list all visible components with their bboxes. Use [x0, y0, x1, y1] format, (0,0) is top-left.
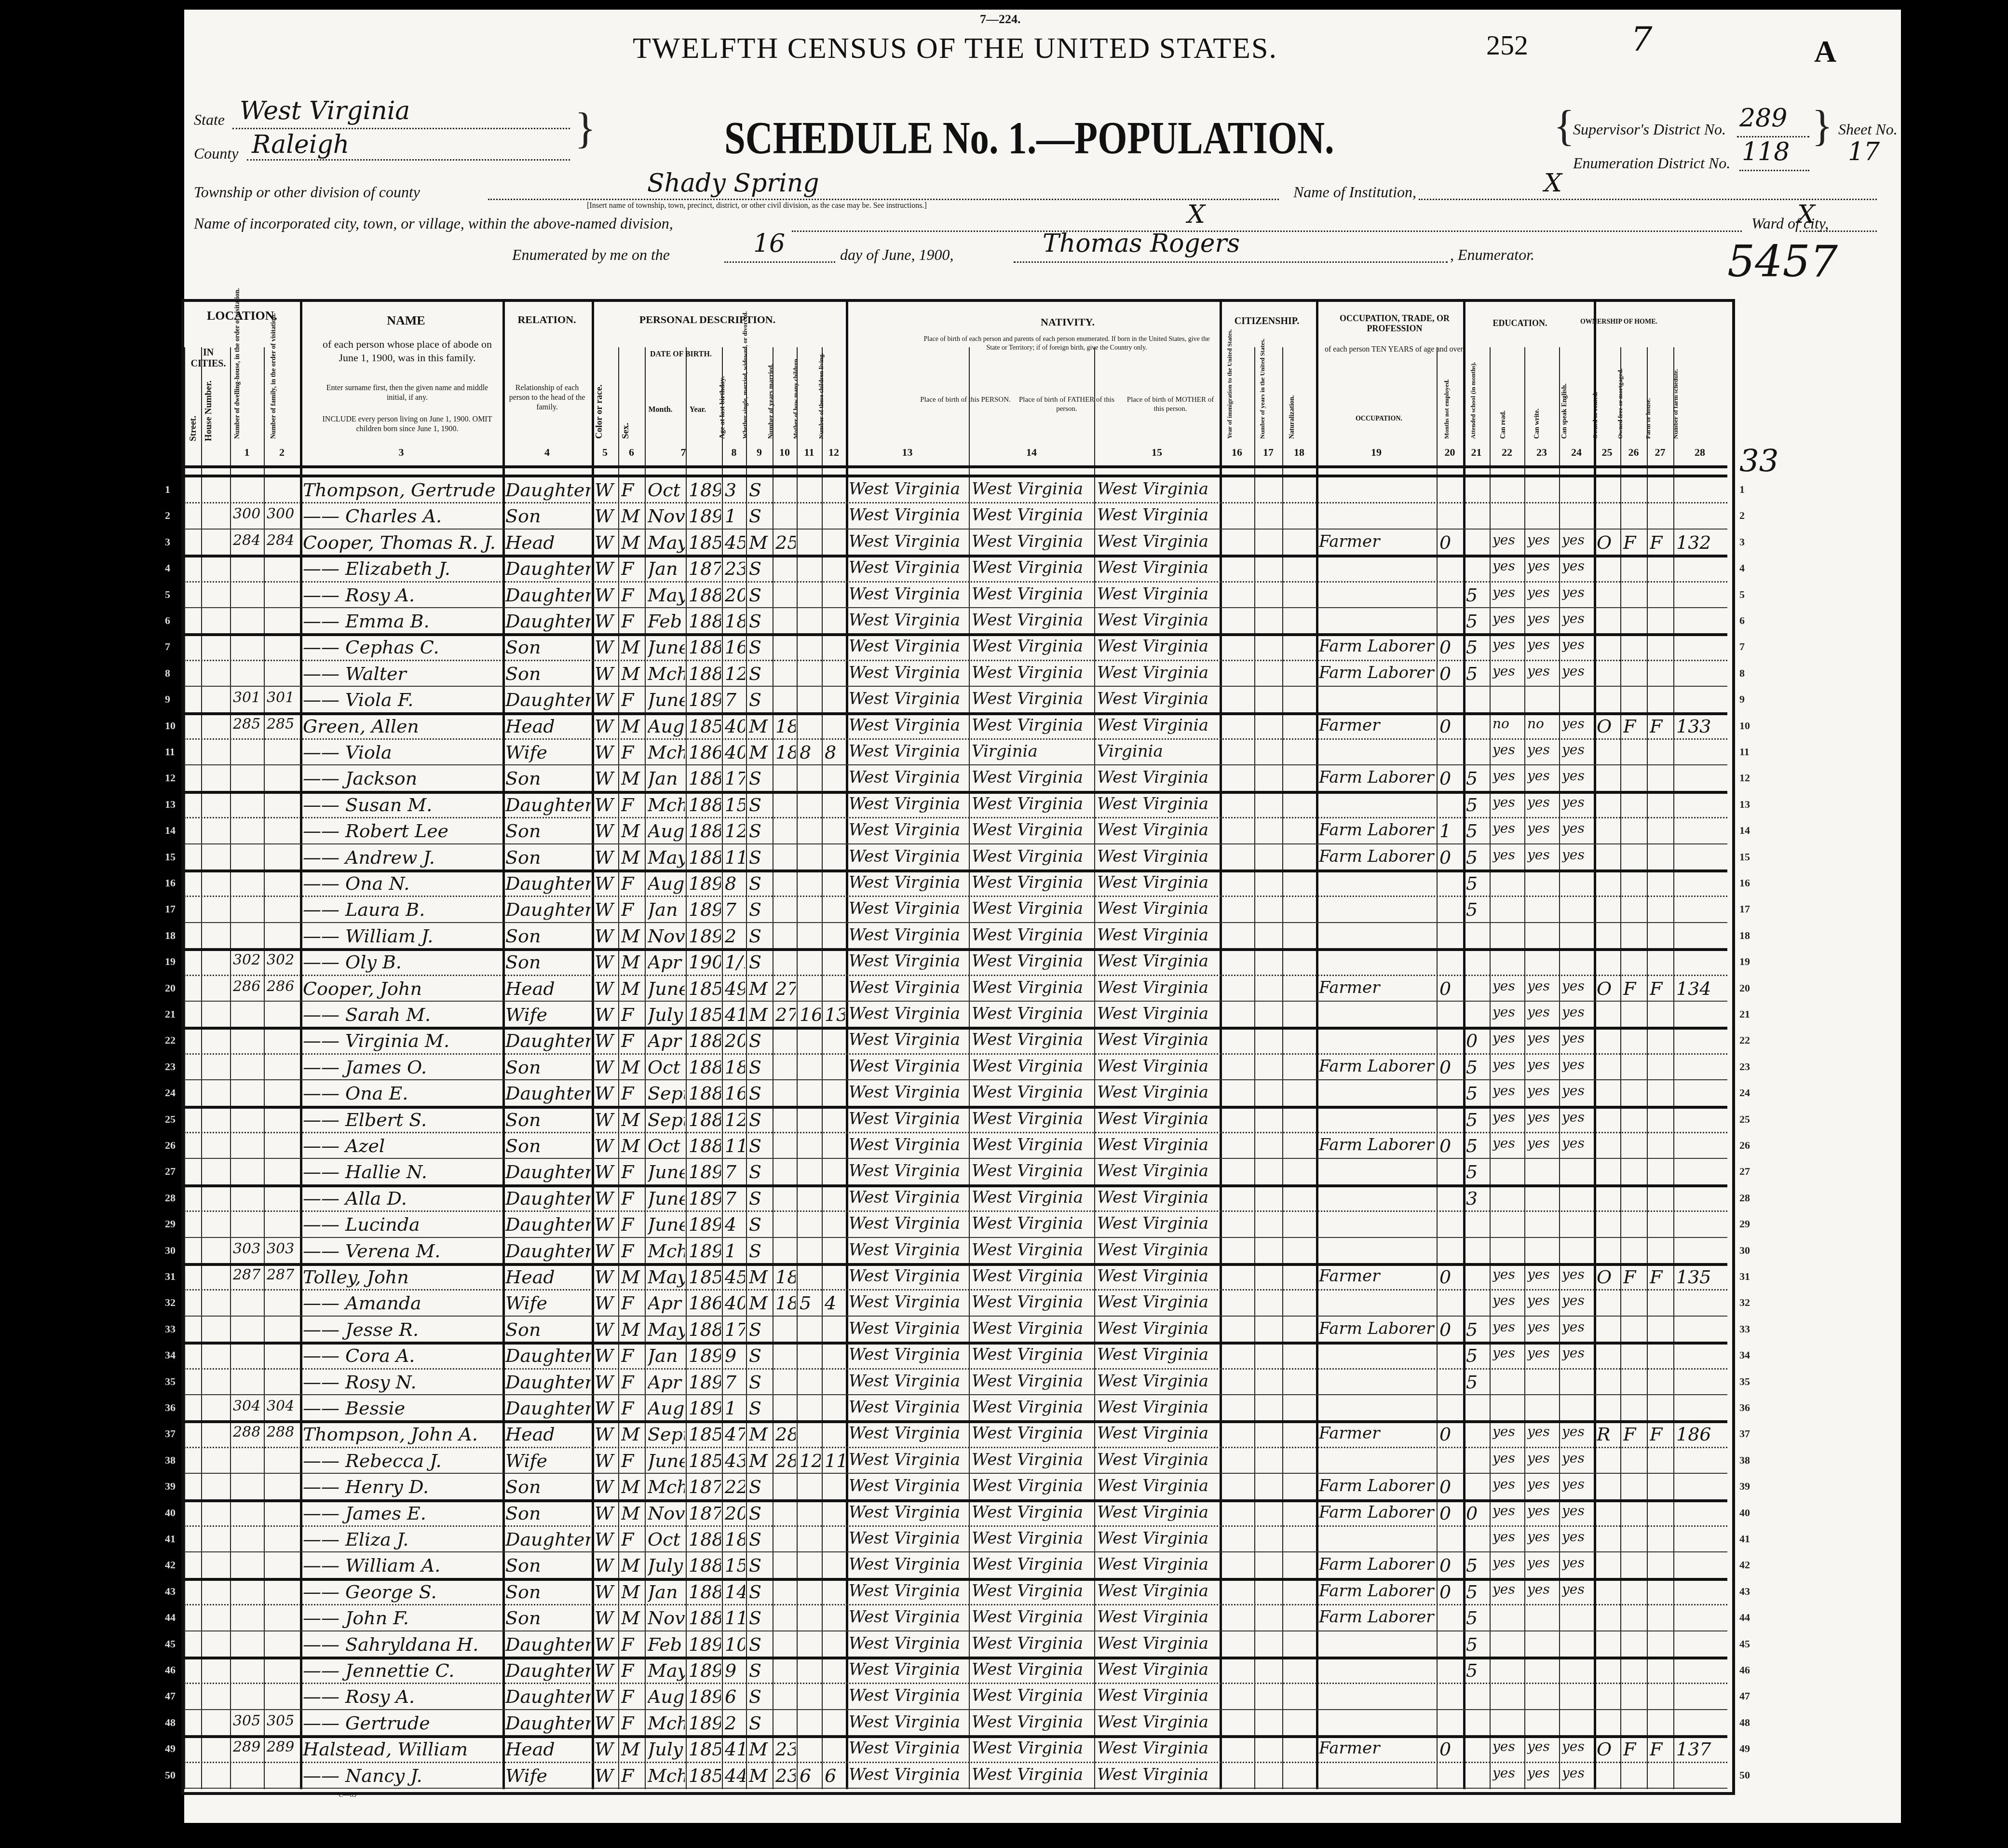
cell-schedule: 132	[1676, 532, 1725, 553]
cell-year: 1893	[689, 689, 721, 710]
cell-write: yes	[1527, 663, 1558, 679]
cell-mother: West Virginia	[1097, 1660, 1219, 1679]
cell-unemployed: 0	[1439, 847, 1462, 868]
cell-year: 1891	[689, 873, 721, 894]
cell-relation: Wife	[505, 742, 591, 763]
cell-year: 1893	[689, 899, 721, 920]
cell-color: W	[595, 794, 617, 815]
cell-mother: West Virginia	[1097, 1581, 1219, 1601]
cell-color: W	[595, 847, 617, 868]
cell-age: 7	[725, 1161, 745, 1182]
cell-schedule: 137	[1676, 1739, 1725, 1760]
cell-english: yes	[1562, 1765, 1593, 1781]
cell-sex: M	[621, 663, 644, 684]
cell-month: Jan	[648, 558, 685, 579]
cell-occupation: Farm Laborer	[1319, 1057, 1436, 1076]
line-number-left: 19	[165, 955, 176, 968]
cell-mother: West Virginia	[1097, 1214, 1219, 1233]
cell-year: 1893	[689, 1161, 721, 1182]
column-number: 15	[1094, 446, 1220, 459]
cell-mother: West Virginia	[1097, 1345, 1219, 1364]
cell-age: 18	[725, 611, 745, 632]
cell-father: West Virginia	[972, 1529, 1093, 1548]
line-number-left: 46	[165, 1664, 176, 1676]
cell-birth: West Virginia	[849, 1372, 968, 1391]
cell-year: 1852	[689, 1424, 721, 1445]
line-number: 40	[1739, 1507, 1750, 1519]
table-row: —— AmandaWifeWFApr186040M1854West Virgin…	[184, 1291, 1727, 1317]
cell-birth: West Virginia	[849, 1765, 968, 1784]
institution-label: Name of Institution,	[1293, 183, 1416, 201]
cell-free: F	[1623, 532, 1646, 553]
cell-write: no	[1527, 716, 1558, 732]
cell-occupation: Farmer	[1319, 532, 1436, 551]
cell-birth: West Virginia	[849, 1319, 968, 1338]
cell-mother: West Virginia	[1097, 1686, 1219, 1705]
cell-school: 5	[1466, 1345, 1489, 1366]
cell-relation: Daughter	[505, 1660, 591, 1681]
cell-school: 5	[1466, 1135, 1489, 1156]
cell-unemployed: 0	[1439, 663, 1462, 684]
cell-father: West Virginia	[972, 978, 1093, 997]
cell-color: W	[595, 1004, 617, 1025]
cell-write: yes	[1527, 768, 1558, 784]
cell-relation: Daughter	[505, 479, 591, 501]
cell-age: 45	[725, 532, 745, 553]
line-number: 28	[1739, 1192, 1750, 1204]
cell-read: yes	[1492, 584, 1523, 600]
cell-occupation: Farm Laborer	[1319, 663, 1436, 682]
column-number: 20	[1437, 446, 1463, 459]
cell-relation: Head	[505, 716, 591, 737]
cell-mother: West Virginia	[1097, 951, 1219, 971]
cell-unemployed: 0	[1439, 716, 1462, 737]
cell-marital: S	[749, 479, 772, 501]
cell-father: West Virginia	[972, 1240, 1093, 1260]
cell-marital: M	[749, 532, 772, 553]
cell-color: W	[595, 1319, 617, 1340]
cell-yrs-married: 23	[775, 1739, 796, 1760]
cell-age: 12	[725, 663, 745, 684]
cell-read: yes	[1492, 1109, 1523, 1125]
cell-sex: F	[621, 1660, 644, 1681]
cell-sex: M	[621, 637, 644, 658]
cell-father: West Virginia	[972, 1266, 1093, 1286]
cell-year: 1893	[689, 1686, 721, 1707]
line-number-left: 36	[165, 1401, 176, 1414]
cell-school: 3	[1466, 1188, 1489, 1209]
cell-father: West Virginia	[972, 1292, 1093, 1312]
institution-value: X	[1544, 169, 1562, 198]
line-number: 37	[1739, 1427, 1750, 1440]
cell-marital: S	[749, 820, 772, 842]
line-number-left: 34	[165, 1349, 176, 1361]
cell-age: 49	[725, 978, 745, 999]
column-number: 3	[300, 446, 502, 459]
line-number-left: 2	[165, 509, 170, 522]
ward-label: Ward of city,	[1751, 215, 1829, 232]
cell-school: 5	[1466, 847, 1489, 868]
cell-birth: West Virginia	[849, 716, 968, 735]
line-number-left: 44	[165, 1611, 176, 1624]
line-number: 24	[1739, 1087, 1750, 1099]
cell-month: Sept	[648, 1424, 685, 1445]
cell-relation: Son	[505, 663, 591, 684]
cell-read: yes	[1492, 1057, 1523, 1073]
cell-sex: M	[621, 978, 644, 999]
cell-father: West Virginia	[972, 637, 1093, 656]
cell-year: 1896	[689, 479, 721, 501]
cell-birth: West Virginia	[849, 558, 968, 577]
cell-write: yes	[1527, 1345, 1558, 1361]
cell-read: yes	[1492, 558, 1523, 574]
cell-unemployed: 0	[1439, 637, 1462, 658]
cell-relation: Son	[505, 1555, 591, 1576]
line-number-left: 31	[165, 1270, 176, 1283]
cell-mother: West Virginia	[1097, 584, 1219, 604]
cell-color: W	[595, 1345, 617, 1366]
cell-year: 1878	[689, 1476, 721, 1497]
cell-age: 16	[725, 637, 745, 658]
table-row: 304304—— BessieDaughterWFAug18981SWest V…	[184, 1396, 1727, 1422]
cell-color: W	[595, 1634, 617, 1655]
cell-mother: West Virginia	[1097, 611, 1219, 630]
table-row: 289289Halstead, WilliamHeadWMJuly185841M…	[184, 1737, 1727, 1763]
table-row: —— Rebecca J.WifeWFJune185643M281211West…	[184, 1448, 1727, 1474]
cell-age: 8	[725, 873, 745, 894]
cell-name: —— Oly B.	[303, 951, 502, 973]
line-number-left: 27	[165, 1165, 176, 1178]
cell-read: yes	[1492, 1004, 1523, 1020]
cell-relation: Daughter	[505, 1712, 591, 1734]
line-number: 19	[1739, 955, 1750, 968]
cell-father: West Virginia	[972, 820, 1093, 840]
line-number-left: 37	[165, 1427, 176, 1440]
cell-relation: Son	[505, 1319, 591, 1340]
cell-write: yes	[1527, 584, 1558, 600]
cell-write: yes	[1527, 1503, 1558, 1519]
cell-relation: Son	[505, 847, 591, 868]
cell-mother: West Virginia	[1097, 1765, 1219, 1784]
cell-sex: F	[621, 584, 644, 606]
cell-age: 20	[725, 1503, 745, 1524]
cell-age: 43	[725, 1450, 745, 1471]
cell-marital: M	[749, 1765, 772, 1786]
hdr-relation: RELATION.	[503, 313, 590, 326]
line-number: 3	[1739, 536, 1745, 548]
hdr-nativity: NATIVITY.	[913, 316, 1222, 328]
cell-marital: S	[749, 1660, 772, 1681]
cell-father: West Virginia	[972, 1214, 1093, 1233]
cell-write: yes	[1527, 1030, 1558, 1046]
table-row: —— Cephas C.SonWMJune188416SWest Virgini…	[184, 635, 1727, 661]
table-row: —— Alla D.DaughterWFJune18937SWest Virgi…	[184, 1186, 1727, 1212]
cell-write: yes	[1527, 742, 1558, 758]
hdr-name: NAME	[310, 313, 502, 328]
table-row: —— Emma B.DaughterWFFeb188218SWest Virgi…	[184, 609, 1727, 635]
cell-relation: Son	[505, 925, 591, 947]
hdr-relation-desc: Relationship of each person to the head …	[505, 383, 589, 412]
cell-color: W	[595, 637, 617, 658]
cell-birth: West Virginia	[849, 847, 968, 866]
line-number: 17	[1739, 903, 1750, 915]
cell-father: West Virginia	[972, 925, 1093, 945]
cell-dwelling: 284	[233, 532, 263, 549]
hdr-years-married: Number of years married.	[768, 342, 775, 439]
table-row: 288288Thompson, John A.HeadWMSept185247M…	[184, 1422, 1727, 1448]
cell-year: 1887	[689, 1109, 721, 1130]
cell-color: W	[595, 1266, 617, 1288]
column-number: 28	[1673, 446, 1726, 459]
cell-relation: Daughter	[505, 1083, 591, 1104]
cell-write: yes	[1527, 532, 1558, 548]
cell-unemployed: 1	[1439, 820, 1462, 842]
table-row: 286286Cooper, JohnHeadWMJune185149M27Wes…	[184, 976, 1727, 1002]
line-number-left: 50	[165, 1769, 176, 1781]
cell-name: —— Alla D.	[303, 1188, 502, 1209]
cell-english: yes	[1562, 794, 1593, 810]
cell-name: —— Lucinda	[303, 1214, 502, 1235]
cell-mother: West Virginia	[1097, 1030, 1219, 1049]
cell-mother: West Virginia	[1097, 1083, 1219, 1102]
cell-age: 11	[725, 1135, 745, 1156]
column-number: 2	[264, 446, 300, 459]
cell-english: yes	[1562, 1450, 1593, 1466]
cell-family: 289	[267, 1739, 299, 1755]
cell-dwelling: 300	[233, 505, 263, 522]
cell-month: Mch	[648, 742, 685, 763]
cell-marital: S	[749, 1161, 772, 1182]
cell-school: 5	[1466, 794, 1489, 815]
cell-color: W	[595, 1450, 617, 1471]
cell-read: yes	[1492, 532, 1523, 548]
cell-year: 1886	[689, 1581, 721, 1603]
cell-birth: West Virginia	[849, 1660, 968, 1679]
line-number: 43	[1739, 1585, 1750, 1598]
cell-farm: F	[1650, 1739, 1672, 1760]
cell-read: yes	[1492, 1345, 1523, 1361]
cell-color: W	[595, 663, 617, 684]
cell-year: 1891	[689, 1345, 721, 1366]
cell-color: W	[595, 1214, 617, 1235]
cell-father: West Virginia	[972, 1634, 1093, 1653]
cell-school: 5	[1466, 611, 1489, 632]
print-mark: C—69	[339, 1792, 356, 1799]
cell-marital: S	[749, 1555, 772, 1576]
cell-marital: M	[749, 978, 772, 999]
cell-birth: West Virginia	[849, 689, 968, 708]
line-number: 33	[1739, 1323, 1750, 1335]
line-number-left: 24	[165, 1087, 176, 1099]
cell-month: Nov	[648, 925, 685, 947]
cell-sex: F	[621, 1712, 644, 1734]
cell-father: West Virginia	[972, 1057, 1093, 1076]
cell-sex: M	[621, 1424, 644, 1445]
cell-marital: S	[749, 1214, 772, 1235]
cell-color: W	[595, 1476, 617, 1497]
cell-english: yes	[1562, 1057, 1593, 1073]
cell-sex: F	[621, 1030, 644, 1051]
line-number-left: 30	[165, 1244, 176, 1257]
cell-year: 1891	[689, 1660, 721, 1681]
cell-month: Feb	[648, 1634, 685, 1655]
cell-age: 40	[725, 1292, 745, 1314]
cell-school: 5	[1466, 768, 1489, 789]
cell-yrs-married: 27	[775, 978, 796, 999]
cell-relation: Daughter	[505, 873, 591, 894]
cell-father: West Virginia	[972, 1476, 1093, 1495]
cell-relation: Son	[505, 1581, 591, 1603]
cell-marital: S	[749, 899, 772, 920]
cell-color: W	[595, 1292, 617, 1314]
cell-birth: West Virginia	[849, 532, 968, 551]
cell-relation: Son	[505, 1607, 591, 1629]
cell-year: 1888	[689, 1607, 721, 1629]
hdr-years-us: Number of years in the United States.	[1259, 347, 1266, 439]
cell-read: yes	[1492, 1319, 1523, 1335]
line-number-left: 3	[165, 536, 170, 548]
cell-sex: F	[621, 1292, 644, 1314]
column-number: 11	[797, 446, 822, 459]
cell-relation: Head	[505, 1266, 591, 1288]
cell-farm: F	[1650, 532, 1672, 553]
cell-yrs-married: 27	[775, 1004, 796, 1025]
cell-birth: West Virginia	[849, 951, 968, 971]
cell-age: 41	[725, 1004, 745, 1025]
line-number: 30	[1739, 1244, 1750, 1257]
cell-age: 22	[725, 1476, 745, 1497]
cell-mother: West Virginia	[1097, 689, 1219, 708]
cell-unemployed: 0	[1439, 1503, 1462, 1524]
census-title: TWELFTH CENSUS OF THE UNITED STATES.	[633, 31, 1277, 66]
cell-age: 12	[725, 820, 745, 842]
table-row: —— Hallie N.DaughterWFJune18937SWest Vir…	[184, 1159, 1727, 1185]
cell-family: 305	[267, 1712, 299, 1729]
schedule-title: SCHEDULE No. 1.—POPULATION.	[724, 111, 1334, 164]
cell-color: W	[595, 768, 617, 789]
cell-age: 18	[725, 1529, 745, 1550]
line-number: 39	[1739, 1480, 1750, 1493]
cell-name: —— Jackson	[303, 768, 502, 789]
township-value: Shady Spring	[647, 169, 819, 198]
township-label: Township or other division of county	[194, 183, 420, 201]
supervisor-value: 289	[1739, 104, 1787, 133]
cell-occupation: Farmer	[1319, 978, 1436, 997]
cell-english: yes	[1562, 1503, 1593, 1519]
cell-name: —— Henry D.	[303, 1476, 502, 1497]
cell-father: West Virginia	[972, 1739, 1093, 1758]
column-number: 16	[1220, 446, 1254, 459]
cell-marital: S	[749, 1083, 772, 1104]
cell-year: 1899	[689, 1240, 721, 1262]
cell-read: yes	[1492, 611, 1523, 626]
hdr-months-unemployed: Months not employed.	[1443, 376, 1451, 439]
table-row: —— Ona N.DaughterWFAug18918SWest Virgini…	[184, 871, 1727, 897]
cell-family: 287	[267, 1266, 299, 1283]
cell-year: 1898	[689, 505, 721, 527]
cell-year: 1881	[689, 1529, 721, 1550]
cell-age: 9	[725, 1345, 745, 1366]
cell-family: 288	[267, 1424, 299, 1440]
cell-father: West Virginia	[972, 1083, 1093, 1102]
column-number: 8	[722, 446, 746, 459]
cell-write: yes	[1527, 1292, 1558, 1308]
cell-marital: S	[749, 1109, 772, 1130]
cell-age: 3	[725, 479, 745, 501]
cell-age: 7	[725, 689, 745, 710]
cell-age: 17	[725, 768, 745, 789]
cell-year: 1893	[689, 1372, 721, 1393]
cell-read: yes	[1492, 663, 1523, 679]
cell-name: —— Virginia M.	[303, 1030, 502, 1051]
hdr-dob: DATE OF BIRTH.	[647, 350, 715, 359]
cell-color: W	[595, 716, 617, 737]
table-row: —— Nancy J.WifeWFMch185644M2366West Virg…	[184, 1763, 1727, 1789]
cell-family: 303	[267, 1240, 299, 1257]
hdr-month: Month.	[640, 405, 681, 415]
hdr-birth-father: Place of birth of FATHER of this person.	[1018, 395, 1115, 414]
cell-age: 2	[725, 925, 745, 947]
line-number: 16	[1739, 877, 1750, 889]
cell-write: yes	[1527, 1476, 1558, 1492]
cell-write: yes	[1527, 558, 1558, 574]
cell-color: W	[595, 479, 617, 501]
cell-read: yes	[1492, 1450, 1523, 1466]
cell-age: 9	[725, 1660, 745, 1681]
cell-family: 304	[267, 1398, 299, 1414]
cell-age: 1	[725, 1240, 745, 1262]
cell-month: Apr	[648, 1372, 685, 1393]
cell-age: 44	[725, 1765, 745, 1786]
hdr-dwelling: Number of dwelling-house, in the order o…	[234, 342, 242, 439]
cell-father: West Virginia	[972, 1424, 1093, 1443]
cell-sex: M	[621, 847, 644, 868]
cell-marital: S	[749, 663, 772, 684]
cell-name: —— Viola F.	[303, 689, 502, 710]
line-number: 42	[1739, 1559, 1750, 1571]
cell-marital: S	[749, 794, 772, 815]
cell-month: Mch	[648, 1476, 685, 1497]
cell-owned: O	[1597, 978, 1619, 999]
cell-read: yes	[1492, 1266, 1523, 1282]
cell-write: yes	[1527, 1109, 1558, 1125]
cell-father: West Virginia	[972, 1660, 1093, 1679]
cell-color: W	[595, 899, 617, 920]
cell-year: 1856	[689, 1450, 721, 1471]
cell-name: —— Azel	[303, 1135, 502, 1156]
cell-mother: West Virginia	[1097, 532, 1219, 551]
cell-year: 1855	[689, 532, 721, 553]
cell-color: W	[595, 820, 617, 842]
cell-month: Mch	[648, 1240, 685, 1262]
cell-relation: Son	[505, 951, 591, 973]
cell-name: Tolley, John	[303, 1266, 502, 1288]
cell-dwelling: 289	[233, 1739, 263, 1755]
cell-relation: Son	[505, 505, 591, 527]
cell-birth: West Virginia	[849, 1503, 968, 1522]
cell-age: 1/12	[725, 951, 745, 973]
cell-name: —— Rosy A.	[303, 1686, 502, 1707]
city-value: X	[1187, 200, 1205, 229]
cell-occupation: Farm Laborer	[1319, 1555, 1436, 1574]
cell-write: yes	[1527, 794, 1558, 810]
cell-color: W	[595, 951, 617, 973]
cell-marital: S	[749, 1345, 772, 1366]
cell-english: yes	[1562, 1292, 1593, 1308]
cell-father: West Virginia	[972, 1712, 1093, 1732]
cell-age: 7	[725, 899, 745, 920]
cell-year: 1883	[689, 768, 721, 789]
